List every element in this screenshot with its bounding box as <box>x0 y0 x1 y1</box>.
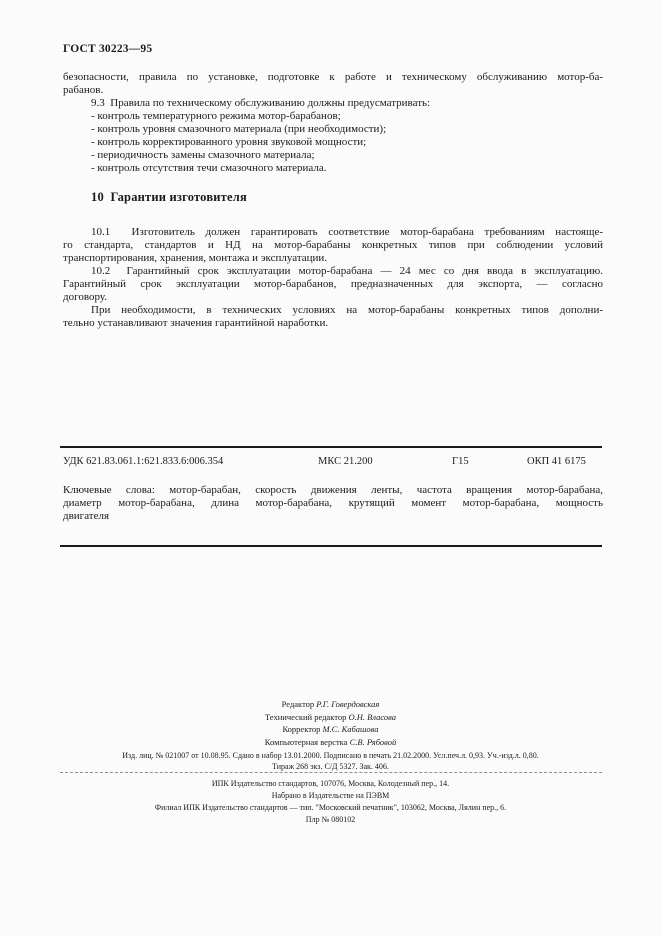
okp-code: ОКП 41 6175 <box>527 456 586 467</box>
note-paragraph-line: При необходимости, в технических условия… <box>63 304 603 317</box>
staff-line: Компьютерная верстка С.В. Рябовой <box>0 736 661 749</box>
staff-name: С.В. Рябовой <box>350 737 397 747</box>
staff-line: Редактор Р.Г. Говердовская <box>0 698 661 711</box>
staff-role: Редактор <box>282 699 315 709</box>
section-10-heading: 10 Гарантии изготовителя <box>91 190 247 205</box>
staff-role: Компьютерная верстка <box>265 737 348 747</box>
keywords-line: двигателя <box>63 510 603 523</box>
note-paragraph-line: тельно устанавливают значения гарантийно… <box>63 317 603 330</box>
maintenance-list-item: - контроль отсутствия течи смазочного ма… <box>63 162 603 175</box>
clause-9-block: безопасности, правила по установке, подг… <box>63 71 603 175</box>
keywords-block: Ключевые слова: мотор-барабан, скорость … <box>63 484 603 523</box>
page-header-gost-number: ГОСТ 30223—95 <box>63 43 152 55</box>
editorial-staff-block: Редактор Р.Г. Говердовская Технический р… <box>0 698 661 748</box>
staff-line: Корректор М.С. Кабашова <box>0 723 661 736</box>
staff-name: Р.Г. Говердовская <box>316 699 379 709</box>
staff-line: Технический редактор О.Н. Власова <box>0 711 661 724</box>
horizontal-rule-bottom <box>60 545 602 547</box>
imprint-line: Тираж 268 экз. С/Д 5327. Зак. 406. <box>0 761 661 772</box>
staff-name: О.Н. Власова <box>348 712 396 722</box>
clause-10-1-line: го стандарта, стандартов и НД на мотор-б… <box>63 239 603 252</box>
imprint-block: Изд. лиц. № 021007 от 10.08.95. Сдано в … <box>0 750 661 772</box>
keywords-line: диаметр мотор-барабана, длина мотор-бара… <box>63 497 603 510</box>
publisher-line: Филиал ИПК Издательство стандартов — тип… <box>0 802 661 814</box>
clause-10-1-line: транспортирования, хранения, монтажа и э… <box>63 252 603 265</box>
classification-row: УДК 621.83.061.1:621.833.6:006.354 МКС 2… <box>0 456 661 470</box>
publisher-line: ИПК Издательство стандартов, 107076, Мос… <box>0 778 661 790</box>
udk-code: УДК 621.83.061.1:621.833.6:006.354 <box>63 456 223 467</box>
clause-9-3-line: 9.3 Правила по техническому обслуживанию… <box>63 97 603 110</box>
staff-role: Корректор <box>282 724 320 734</box>
continued-paragraph-line: рабанов. <box>63 84 603 97</box>
maintenance-list-item: - контроль температурного режима мотор-б… <box>63 110 603 123</box>
dashed-divider <box>60 772 602 773</box>
clause-10-1-line: 10.1 Изготовитель должен гарантировать с… <box>63 226 603 239</box>
maintenance-list-item: - контроль корректированного уровня звук… <box>63 136 603 149</box>
clause-10-2-line: 10.2 Гарантийный срок эксплуатации мотор… <box>63 265 603 278</box>
document-page: ГОСТ 30223—95 безопасности, правила по у… <box>0 0 661 936</box>
maintenance-list-item: - периодичность замены смазочного матери… <box>63 149 603 162</box>
staff-role: Технический редактор <box>265 712 346 722</box>
mks-code: МКС 21.200 <box>318 456 373 467</box>
clause-10-2-line: договору. <box>63 291 603 304</box>
continued-paragraph-line: безопасности, правила по установке, подг… <box>63 71 603 84</box>
staff-name: М.С. Кабашова <box>322 724 378 734</box>
group-code: Г15 <box>452 456 469 467</box>
clause-10-2-line: Гарантийный срок эксплуатации мотор-бара… <box>63 278 603 291</box>
publisher-line: Набрано в Издательстве на ПЭВМ <box>0 790 661 802</box>
publisher-line: Плр № 080102 <box>0 814 661 826</box>
section-10-block: 10.1 Изготовитель должен гарантировать с… <box>63 226 603 330</box>
keywords-line: Ключевые слова: мотор-барабан, скорость … <box>63 484 603 497</box>
maintenance-list-item: - контроль уровня смазочного материала (… <box>63 123 603 136</box>
imprint-line: Изд. лиц. № 021007 от 10.08.95. Сдано в … <box>0 750 661 761</box>
publisher-block: ИПК Издательство стандартов, 107076, Мос… <box>0 778 661 825</box>
horizontal-rule-top <box>60 446 602 448</box>
